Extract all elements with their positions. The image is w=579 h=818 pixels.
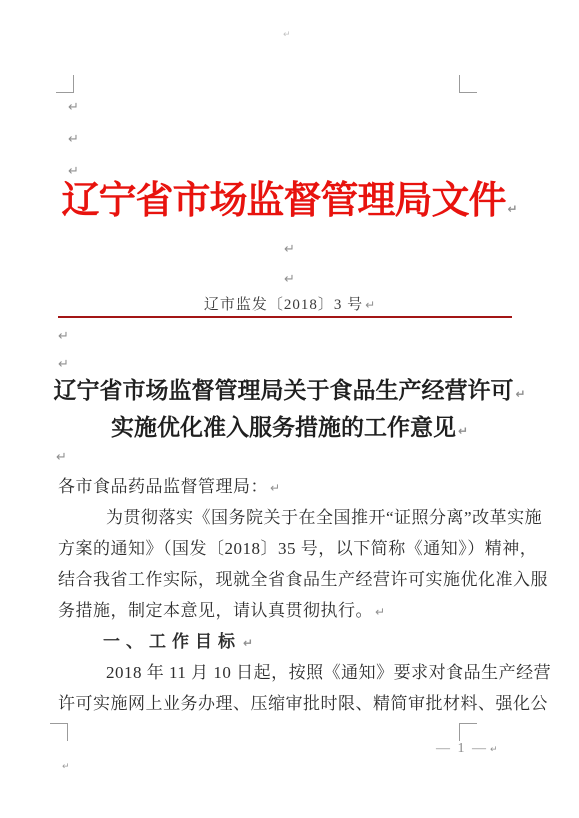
salutation-text: 各市食品药品监督管理局： [58, 477, 268, 496]
doc-number: 辽市监发〔2018〕3 号↵ [0, 293, 579, 314]
body-line-text: 许可实施网上业务办理、压缩审批时限、精简审批材料、强化公 [58, 694, 548, 713]
paragraph-mark-icon: ↵ [68, 133, 79, 146]
body-line: 许可实施网上业务办理、压缩审批时限、精简审批材料、强化公 [58, 688, 536, 719]
doc-title-line1: 辽宁省市场监督管理局关于食品生产经营许可↵ [0, 374, 579, 411]
paragraph-mark-icon: ↵ [56, 451, 67, 464]
doc-number-text: 辽市监发〔2018〕3 号 [204, 297, 363, 313]
body-line-text: 结合我省工作实际，现就全省食品生产经营许可实施优化准入服 [58, 570, 548, 589]
header-paragraph-mark-icon: ↵ [283, 31, 291, 40]
crop-mark-top-left-icon [56, 75, 74, 93]
paragraph-mark-icon: ↵ [458, 424, 468, 438]
body-line: 结合我省工作实际，现就全省食品生产经营许可实施优化准入服 [58, 564, 536, 595]
paragraph-mark-icon: ↵ [490, 745, 498, 755]
paragraph-mark-icon: ↵ [515, 387, 525, 401]
footer-paragraph-mark-icon: ↵ [62, 763, 70, 772]
doc-title: 辽宁省市场监督管理局关于食品生产经营许可↵ 实施优化准入服务措施的工作意见↵ [0, 374, 579, 448]
crop-mark-bottom-left-icon [50, 723, 68, 741]
section1-heading: 一、工作目标↵ [58, 626, 536, 657]
letterhead-title: 辽宁省市场监督管理局文件↵ [0, 176, 579, 234]
body-line-text: 为贯彻落实《国务院关于在全国推开“证照分离”改革实施 [106, 508, 542, 527]
body-line: 2018 年 11 月 10 日起，按照《通知》要求对食品生产经营 [58, 657, 536, 688]
crop-mark-top-right-icon [459, 75, 477, 93]
paragraph-mark-row: ↵ [0, 240, 579, 258]
body-line: 务措施，制定本意见，请认真贯彻执行。↵ [58, 595, 536, 626]
paragraph-mark-icon: ↵ [270, 481, 280, 495]
doc-title-line2: 实施优化准入服务措施的工作意见↵ [0, 411, 579, 448]
paragraph-mark-icon: ↵ [284, 272, 295, 287]
paragraph-mark-icon: ↵ [284, 242, 295, 257]
salutation-line: 各市食品药品监督管理局：↵ [58, 471, 536, 502]
body-text: 各市食品药品监督管理局：↵ 为贯彻落实《国务院关于在全国推开“证照分离”改革实施… [58, 471, 536, 719]
body-line: 方案的通知》（国发〔2018〕35 号，以下简称《通知》）精神， [58, 533, 536, 564]
section1-heading-text: 一、工作目标 [103, 632, 241, 651]
document-page: ↵ ↵ ↵ ↵ 辽宁省市场监督管理局文件↵ ↵ ↵ 辽市监发〔2018〕3 号↵… [0, 0, 579, 818]
paragraph-mark-icon: ↵ [58, 358, 69, 371]
body-line-text: 2018 年 11 月 10 日起，按照《通知》要求对食品生产经营 [106, 663, 551, 682]
paragraph-mark-icon: ↵ [365, 298, 375, 312]
page-number-text: — 1 — [436, 741, 488, 756]
paragraph-mark-row: ↵ [0, 270, 579, 288]
paragraph-mark-icon: ↵ [507, 202, 517, 216]
body-line-text: 务措施，制定本意见，请认真贯彻执行。 [58, 601, 373, 620]
paragraph-mark-icon: ↵ [375, 605, 385, 619]
letterhead-title-text: 辽宁省市场监督管理局文件 [61, 180, 505, 222]
paragraph-mark-icon: ↵ [243, 636, 253, 650]
paragraph-mark-icon: ↵ [58, 330, 69, 343]
red-rule [58, 316, 512, 318]
body-line-text: 方案的通知》（国发〔2018〕35 号，以下简称《通知》）精神， [58, 539, 537, 558]
body-line: 为贯彻落实《国务院关于在全国推开“证照分离”改革实施 [58, 502, 536, 533]
doc-title-line1-text: 辽宁省市场监督管理局关于食品生产经营许可 [53, 378, 513, 403]
doc-title-line2-text: 实施优化准入服务措施的工作意见 [111, 415, 456, 440]
page-number: — 1 —↵ [436, 741, 498, 757]
paragraph-mark-icon: ↵ [68, 101, 79, 114]
crop-mark-bottom-right-icon [459, 723, 477, 741]
